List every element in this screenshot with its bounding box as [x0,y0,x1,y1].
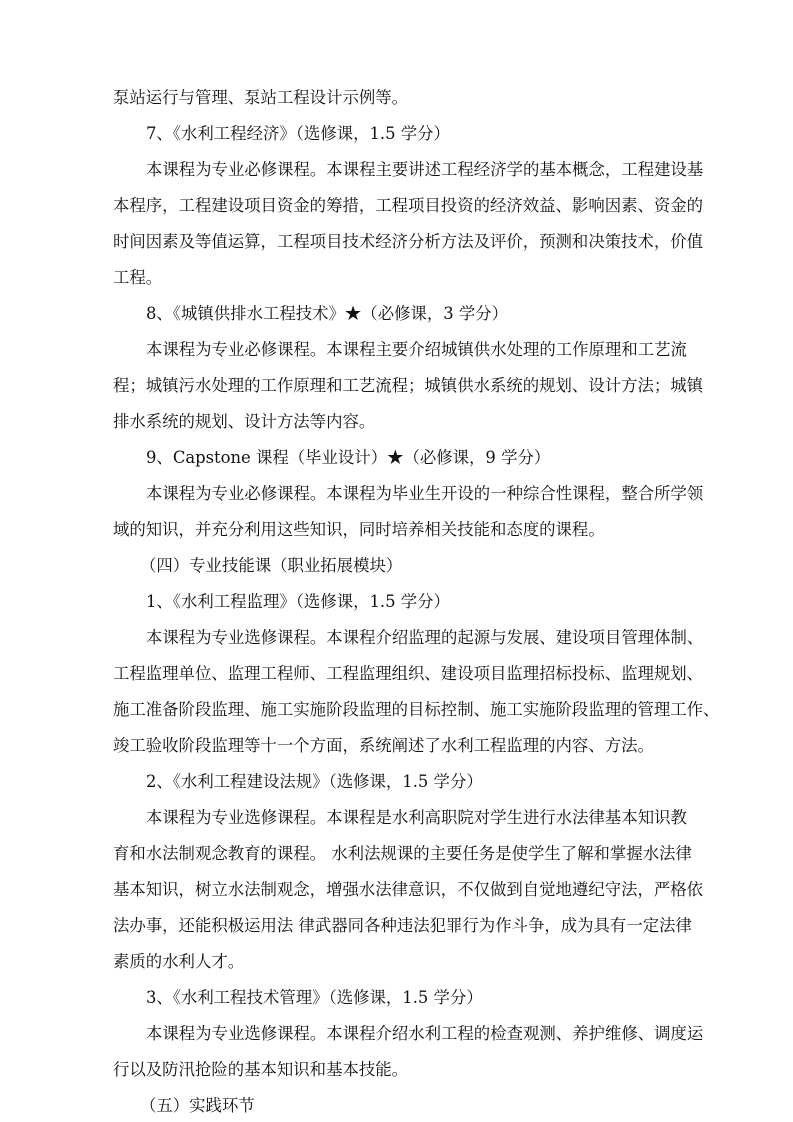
skill-course-1-desc-1: 本课程为专业选修课程。本课程介绍监理的起源与发展、建设项目管理体制、 [146,628,685,648]
skill-course-1-desc-4: 竣工验收阶段监理等十一个方面，系统阐述了水利工程监理的内容、方法。 [113,736,685,756]
line-1: 泵站运行与管理、泵站工程设计示例等。 [113,88,685,108]
course-7-desc-2: 本程序，工程建设项目资金的筹措，工程项目投资的经济效益、影响因素、资金的 [113,196,685,216]
section-5-heading: （五）实践环节 [140,1096,712,1116]
skill-course-1-desc-3: 施工准备阶段监理、施工实施阶段监理的目标控制、施工实施阶段监理的管理工作、 [113,700,685,720]
skill-course-3-desc-1: 本课程为专业选修课程。本课程介绍水利工程的检查观测、养护维修、调度运 [146,1024,685,1044]
course-9-desc-2: 域的知识，并充分利用这些知识，同时培养相关技能和态度的课程。 [113,520,685,540]
skill-course-1-desc-2: 工程监理单位、监理工程师、工程监理组织、建设项目监理招标投标、监理规划、 [113,664,685,684]
skill-course-2-desc-4: 法办事，还能积极运用法 律武器同各种违法犯罪行为作斗争，成为具有一定法律 [113,916,685,936]
course-7-desc-3: 时间因素及等值运算，工程项目技术经济分析方法及评价，预测和决策技术，价值 [113,232,685,252]
skill-course-2-desc-5: 素质的水利人才。 [113,952,685,972]
course-8-desc-1: 本课程为专业必修课程。本课程主要介绍城镇供水处理的工作原理和工艺流 [146,340,685,360]
skill-course-2-heading: 2、《水利工程建设法规》（选修课，1.5 学分） [146,772,718,792]
skill-course-3-heading: 3、《水利工程技术管理》（选修课，1.5 学分） [146,988,718,1008]
document-page: 泵站运行与管理、泵站工程设计示例等。 7、《水利工程经济》（选修课，1.5 学分… [0,0,793,1122]
section-4-heading: （四）专业技能课（职业拓展模块） [140,556,712,576]
course-9-heading: 9、Capstone 课程（毕业设计）★（必修课，9 学分） [146,448,718,468]
course-8-desc-2: 程；城镇污水处理的工作原理和工艺流程；城镇供水系统的规划、设计方法；城镇 [113,376,685,396]
course-9-desc-1: 本课程为专业必修课程。本课程为毕业生开设的一种综合性课程，整合所学领 [146,484,685,504]
course-7-heading: 7、《水利工程经济》（选修课，1.5 学分） [146,124,718,144]
course-7-desc-1: 本课程为专业必修课程。本课程主要讲述工程经济学的基本概念，工程建设基 [146,160,685,180]
skill-course-2-desc-3: 基本知识，树立水法制观念，增强水法律意识，不仅做到自觉地遵纪守法，严格依 [113,880,685,900]
skill-course-1-heading: 1、《水利工程监理》（选修课，1.5 学分） [146,592,718,612]
skill-course-2-desc-1: 本课程为专业选修课程。本课程是水利高职院对学生进行水法律基本知识教 [146,808,685,828]
course-8-desc-3: 排水系统的规划、设计方法等内容。 [113,412,685,432]
course-8-heading: 8、《城镇供排水工程技术》★（必修课，3 学分） [146,304,718,324]
skill-course-3-desc-2: 行以及防汛抢险的基本知识和基本技能。 [113,1060,685,1080]
skill-course-2-desc-2: 育和水法制观念教育的课程。 水利法规课的主要任务是使学生了解和掌握水法律 [113,844,685,864]
course-7-desc-4: 工程。 [113,268,685,288]
